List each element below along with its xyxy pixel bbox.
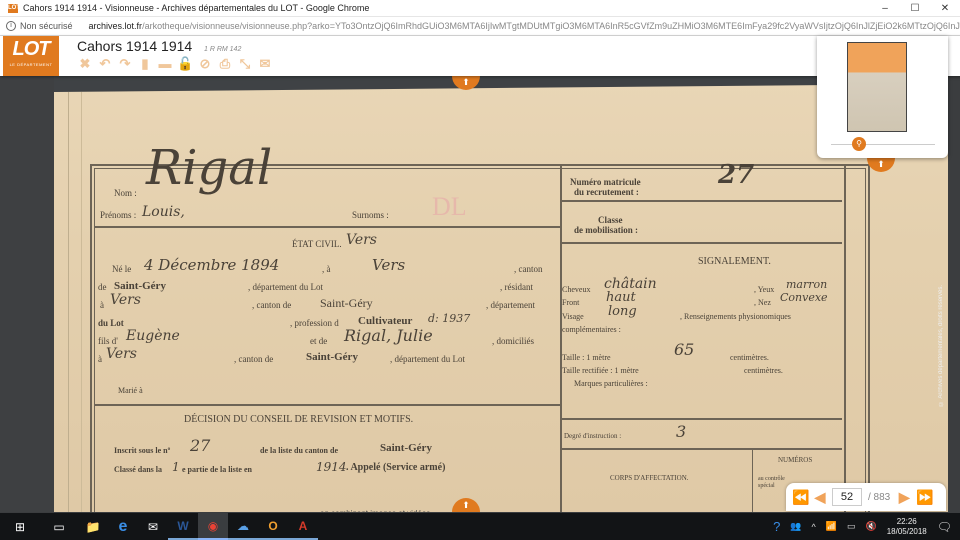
last-page-button[interactable]: ⏩ [916, 489, 932, 506]
single-page-icon[interactable]: ▮ [137, 56, 153, 72]
clock-date: 18/05/2018 [887, 527, 927, 537]
zoom-slider-track[interactable] [831, 144, 935, 145]
task-view-button[interactable]: ▭ [40, 513, 78, 540]
profession-note: d: 1937 [428, 312, 470, 325]
taille-label: Taille : 1 mètre [562, 353, 611, 362]
numeros-label: NUMÉROS [778, 456, 812, 464]
surnoms-label: Surnoms : [352, 210, 389, 220]
degre-label: Degré d'instruction : [564, 432, 621, 440]
security-indicator[interactable]: i Non sécurisé [6, 21, 73, 31]
taskbar-outlook[interactable]: O [258, 513, 288, 540]
taskbar-edge[interactable]: e [108, 513, 138, 540]
front-value: haut [606, 290, 636, 305]
next-page-button[interactable]: ▶ [896, 489, 912, 506]
taskbar-chrome[interactable]: ◉ [198, 513, 228, 540]
etat-civil-title: ÉTAT CIVIL. [292, 239, 342, 249]
liste-canton-label: de la liste du canton de [260, 446, 338, 455]
nom-value: Rigal [146, 140, 272, 196]
a-label: , à [322, 264, 331, 274]
minimize-button[interactable]: – [870, 0, 900, 17]
departement-label-3: , département du Lot [390, 354, 465, 364]
window-title: Cahors 1914 1914 - Visionneuse - Archive… [23, 3, 369, 13]
first-page-button[interactable]: ⏪ [792, 489, 808, 506]
et-de-label: et de [310, 336, 327, 346]
de-label: de [98, 282, 107, 292]
canton-label: , canton [514, 264, 543, 274]
du-lot-label: du Lot [98, 318, 124, 328]
yeux-value: marron [786, 278, 827, 291]
acrobat-icon: A [299, 519, 308, 533]
photos-icon: ☁ [237, 519, 249, 533]
section-line [562, 200, 842, 202]
print-icon[interactable]: ⎙ [217, 56, 233, 72]
section-line [562, 418, 842, 420]
document-title: Cahors 1914 1914 [77, 38, 192, 54]
volume-muted-icon[interactable]: 🔇 [866, 521, 877, 532]
taskbar-file-explorer[interactable]: 📁 [78, 513, 108, 540]
forbidden-icon[interactable]: ⊘ [197, 56, 213, 72]
page-navigator: ⏪ ◀ 52 / 883 ▶ ⏩ [786, 483, 946, 511]
degre-value: 3 [676, 422, 686, 441]
canton-value-3: Saint-Géry [306, 351, 358, 363]
ne-le-value: 4 Décembre 1894 [144, 256, 279, 274]
lieu-naissance: Vers [372, 256, 405, 274]
visage-label: Visage [562, 312, 584, 321]
au-controle-label: au contrôle spécial [758, 476, 788, 490]
centimetres-label: centimètres. [730, 353, 769, 362]
numeros-divider [752, 448, 753, 512]
taskbar-word[interactable]: W [168, 513, 198, 540]
url-host[interactable]: archives.lot.fr [89, 21, 143, 31]
system-clock[interactable]: 22:26 18/05/2018 [887, 517, 927, 537]
maximize-button[interactable]: ☐ [900, 0, 930, 17]
canton-de-label-3: , canton de [234, 354, 273, 364]
lot-logo[interactable]: LOT LE DÉPARTEMENT [3, 36, 59, 76]
taskbar-mail[interactable]: ✉ [138, 513, 168, 540]
arrow-up-icon: ⬆ [877, 159, 885, 169]
canton-de-label: , canton de [252, 300, 291, 310]
document-viewer[interactable]: Rigal Nom : Prénoms : Louis, Surnoms : D… [0, 76, 960, 512]
renseignements-label: , Renseignements physionomiques [680, 312, 791, 321]
departement-label-2: , département [486, 300, 535, 310]
domicile-value: Vers [106, 346, 137, 362]
inscrit-value: 27 [190, 436, 210, 455]
battery-icon[interactable]: ▭ [847, 521, 856, 532]
etat-civil-mark: Vers [346, 232, 377, 248]
departement-label-1: , département du Lot [248, 282, 323, 292]
section-line [562, 242, 842, 244]
viewer-toolbar: ✖ ↶ ↷ ▮ ▬ 🔓 ⊘ ⎙ ⤡ ✉ [77, 56, 273, 72]
corps-label: CORPS D'AFFECTATION. [610, 474, 689, 482]
document-top-shadow [54, 76, 948, 92]
system-tray: ? 👥 ^ 📶 ▭ 🔇 22:26 18/05/2018 🗨 [773, 513, 960, 540]
red-stamp: DL [432, 192, 467, 222]
prenoms-value: Louis, [142, 204, 185, 220]
domicilies-label: , domiciliés [492, 336, 534, 346]
total-pages: / 883 [868, 492, 890, 503]
arrow-up-icon: ⬆ [462, 77, 470, 87]
classe-label-2: de mobilisation : [574, 225, 638, 235]
clock-time: 22:26 [887, 517, 927, 527]
annee-value: 1914 [316, 460, 347, 474]
close-icon[interactable]: ✖ [77, 56, 93, 72]
edge-icon: e [119, 518, 128, 536]
classe-label-1: Classe [598, 215, 623, 225]
prenoms-label: Prénoms : [100, 210, 136, 220]
page-fold [68, 92, 82, 512]
window-controls: – ☐ ✕ [870, 0, 960, 17]
marques-label: Marques particulières : [574, 379, 648, 388]
close-window-button[interactable]: ✕ [930, 0, 960, 17]
show-hidden-icons[interactable]: ^ [812, 522, 816, 532]
help-icon[interactable]: ? [773, 519, 780, 534]
vertical-scrollbar[interactable] [948, 76, 960, 512]
classe-partie-value: 1 [172, 460, 180, 474]
complementaires-label: complémentaires : [562, 325, 621, 334]
section-line [562, 448, 842, 450]
cheveux-label: Cheveux [562, 285, 590, 294]
minimap-panel: ⚲ [817, 36, 948, 158]
canton-value-1: Saint-Géry [114, 280, 166, 292]
lock-icon[interactable]: 🔓 [177, 56, 193, 72]
zoom-slider-knob[interactable]: ⚲ [852, 137, 866, 151]
mail-icon: ✉ [148, 520, 158, 534]
canton-value-2: Saint-Géry [320, 296, 373, 311]
rotate-right-icon[interactable]: ↷ [117, 56, 133, 72]
url-path[interactable]: /arkotheque/visionneuse/visionneuse.php?… [142, 21, 960, 31]
section-line [94, 226, 560, 228]
task-view-icon: ▭ [53, 520, 64, 534]
liste-canton-value: Saint-Géry [380, 442, 432, 454]
decision-title: DÉCISION DU CONSEIL DE REVISION ET MOTIF… [184, 414, 413, 425]
magnifier-icon: ⚲ [856, 139, 862, 148]
taskbar-photos[interactable]: ☁ [228, 513, 258, 540]
matricule-label-2: du recrutement : [574, 187, 639, 197]
nez-label: , Nez [754, 298, 771, 307]
document-cote: 1 R RM 142 [204, 46, 241, 53]
document-image[interactable]: Rigal Nom : Prénoms : Louis, Surnoms : D… [54, 76, 948, 512]
partie-label: e partie de la liste en [182, 465, 252, 474]
minimap-thumbnail[interactable] [847, 42, 907, 132]
page-number-input[interactable]: 52 [832, 488, 862, 506]
fullscreen-icon[interactable]: ⤡ [237, 56, 253, 72]
residant-label: , résidant [500, 282, 533, 292]
classe-dans-label: Classé dans la [114, 465, 162, 474]
residence-value: Vers [110, 292, 141, 308]
viewer-left-margin [0, 76, 54, 512]
windows-icon: ⊞ [15, 520, 25, 534]
form-inner-frame [94, 168, 866, 512]
browser-title-bar: LOT Cahors 1914 1914 - Visionneuse - Arc… [0, 0, 960, 17]
mere-value: Rigal, Julie [344, 326, 433, 345]
nom-label: Nom : [114, 188, 137, 198]
profession-label: , profession d [290, 318, 339, 328]
outlook-icon: O [268, 519, 277, 533]
security-label: Non sécurisé [20, 21, 73, 31]
yeux-label: , Yeux [754, 285, 774, 294]
form-column-divider [560, 164, 562, 512]
chrome-icon: ◉ [208, 519, 218, 533]
folder-icon: 📁 [86, 520, 101, 534]
front-label: Front [562, 298, 579, 307]
nez-value: Convexe [780, 291, 828, 304]
mail-icon[interactable]: ✉ [257, 56, 273, 72]
taskbar-acrobat[interactable]: A [288, 513, 318, 540]
taille-rectifiee-label: Taille rectifiée : 1 mètre [562, 366, 639, 375]
a2-label: à [100, 300, 104, 310]
a3-label: à [98, 354, 102, 364]
previous-page-button[interactable]: ◀ [812, 489, 828, 506]
info-icon: i [6, 21, 16, 31]
inscrit-label: Inscrit sous le nº [114, 446, 170, 455]
rotate-left-icon[interactable]: ↶ [97, 56, 113, 72]
people-icon[interactable]: 👥 [790, 521, 801, 532]
start-button[interactable]: ⊞ [0, 513, 40, 540]
action-center-icon[interactable]: 🗨 [937, 520, 952, 534]
appele-label: . Appelé (Service armé) [346, 462, 445, 473]
site-favicon: LOT [8, 4, 18, 13]
marie-label: Marié à [118, 386, 143, 395]
network-icon[interactable]: 📶 [826, 521, 837, 532]
address-bar[interactable]: i Non sécurisé archives.lot.fr /arkotheq… [0, 17, 960, 36]
right-frame-line [844, 164, 846, 512]
visage-value: long [608, 304, 637, 319]
pere-value: Eugène [126, 328, 180, 344]
double-page-icon[interactable]: ▬ [157, 56, 173, 72]
section-line [94, 404, 560, 406]
matricule-label-1: Numéro matricule [570, 177, 641, 187]
signalement-title: SIGNALEMENT. [698, 256, 771, 267]
taille-value: 65 [674, 340, 694, 359]
viewer-header: LOT LE DÉPARTEMENT Cahors 1914 1914 1 R … [0, 36, 960, 76]
matricule-value: 27 [718, 160, 754, 190]
windows-taskbar: ⊞ ▭ 📁 e ✉ W ◉ ☁ O A ? 👥 ^ 📶 ▭ 🔇 22:26 18… [0, 513, 960, 540]
word-icon: W [177, 519, 188, 533]
fils-label: fils d' [98, 336, 118, 346]
centimetres-label-2: centimètres. [744, 366, 783, 375]
ne-le-label: Né le [112, 264, 131, 274]
